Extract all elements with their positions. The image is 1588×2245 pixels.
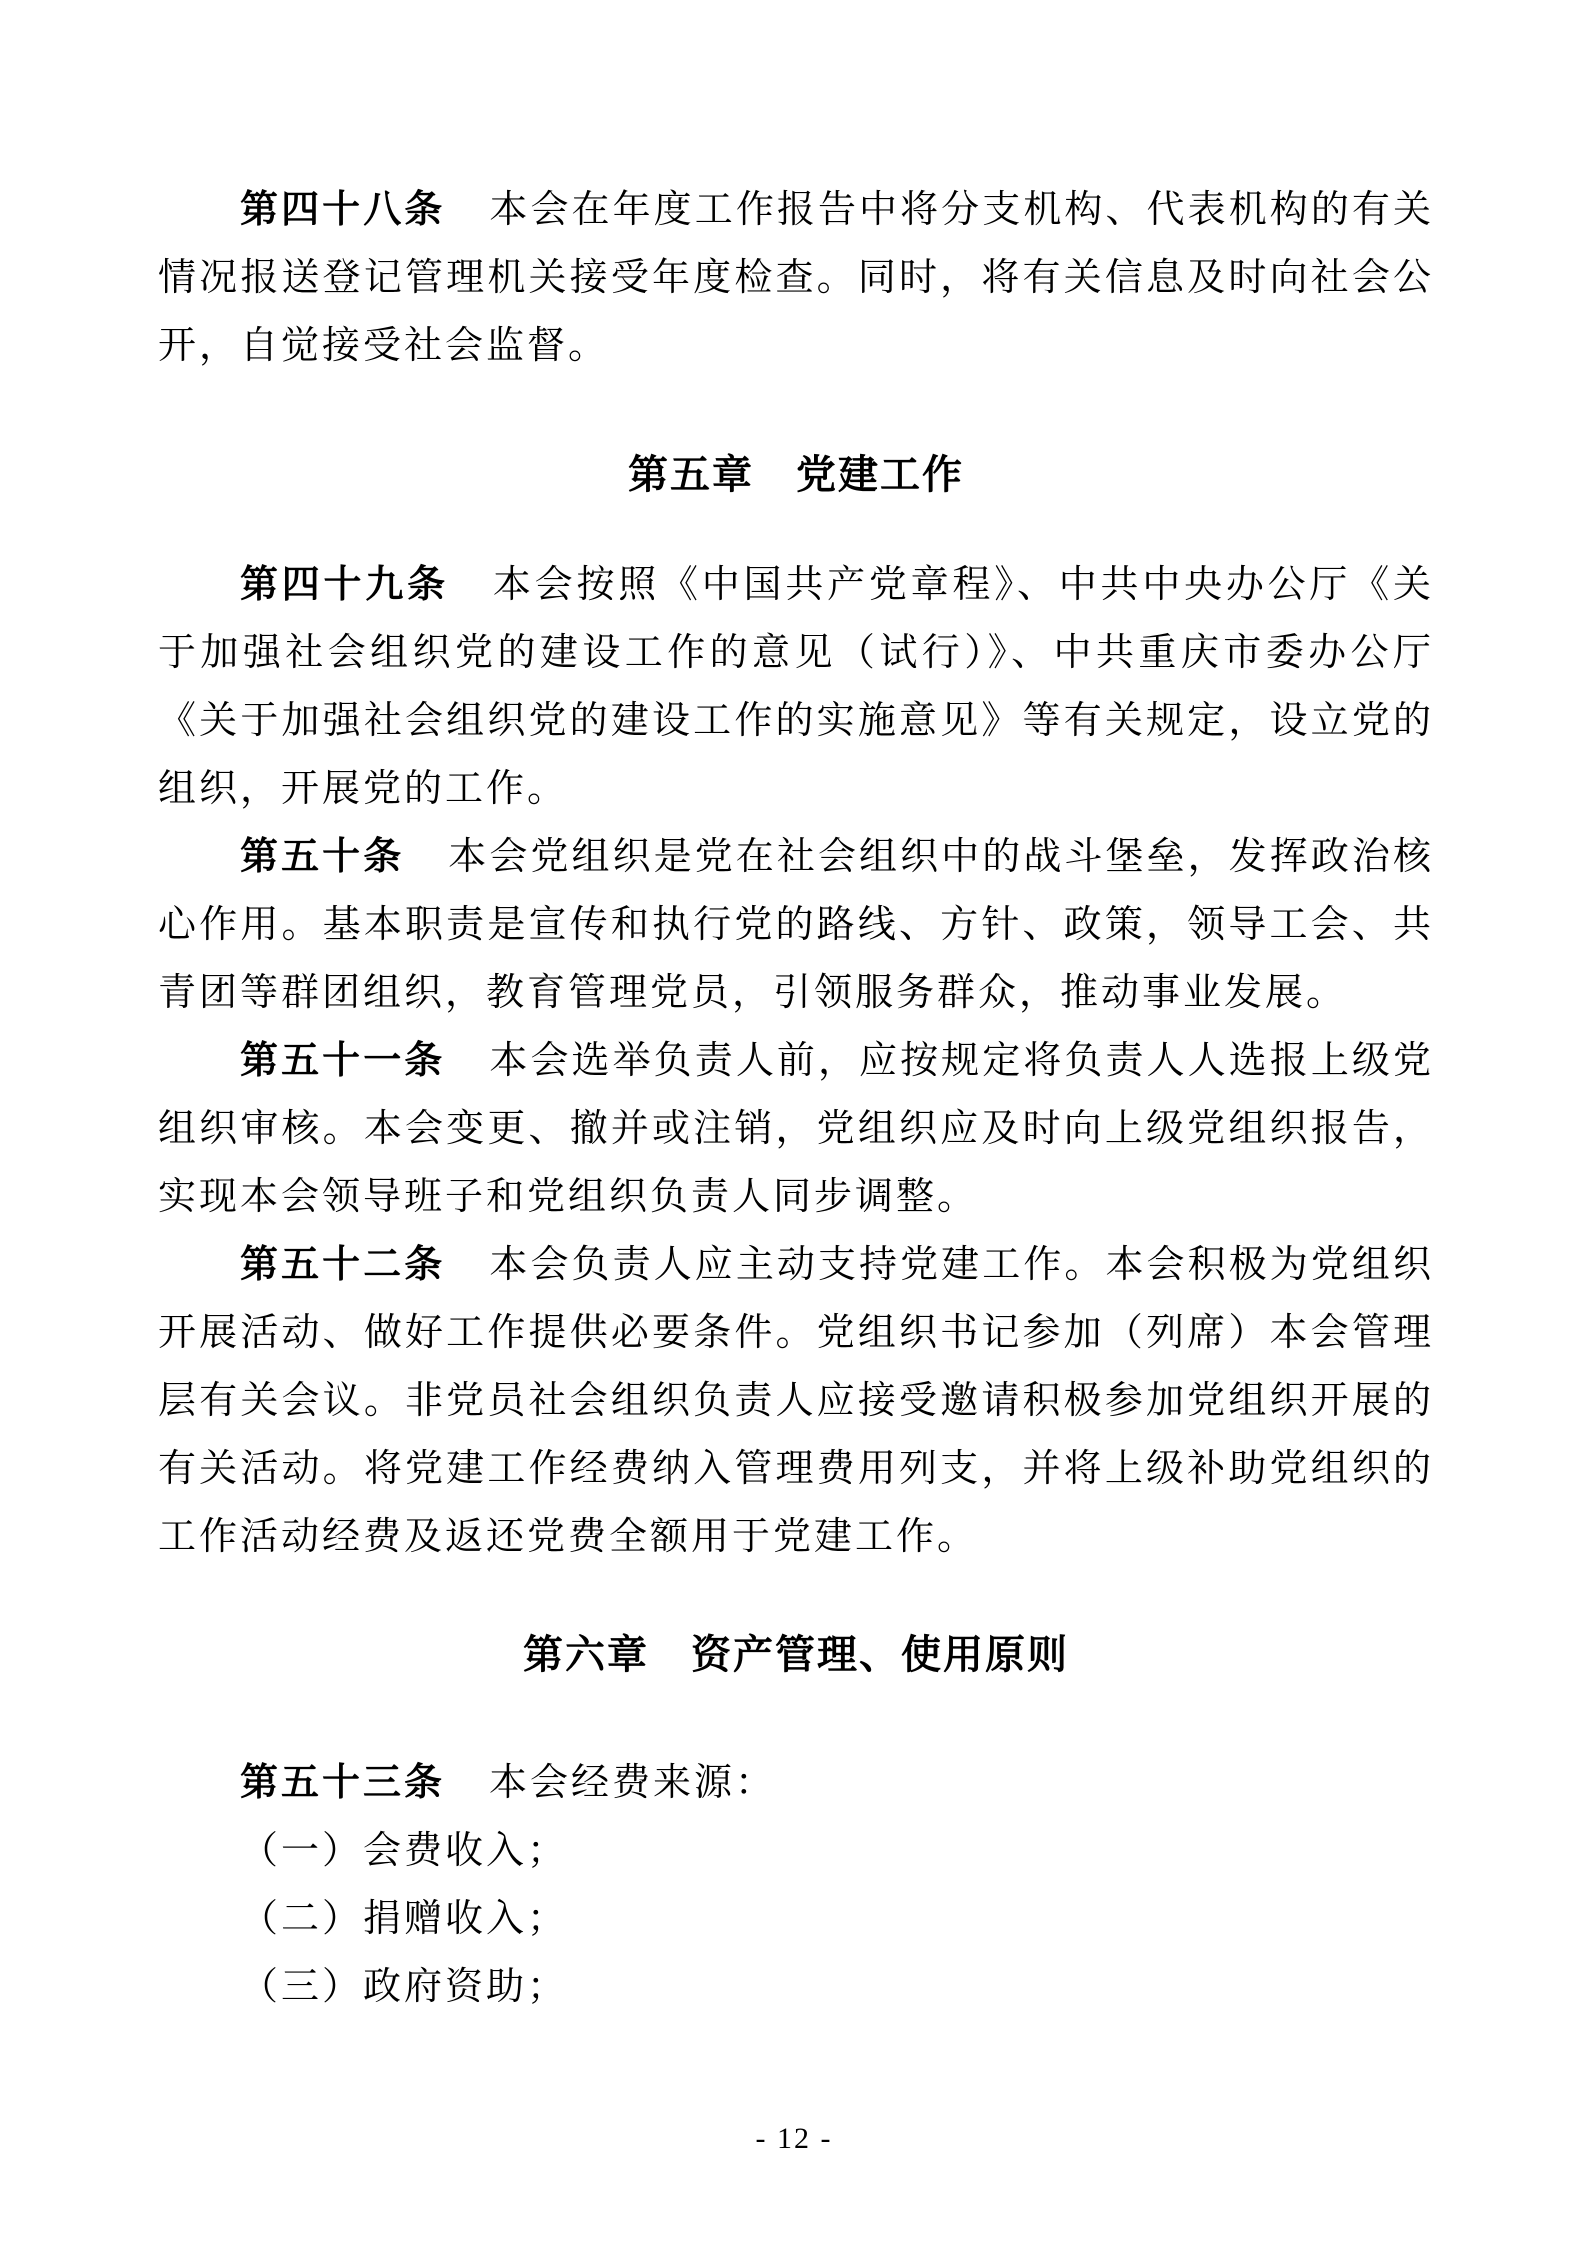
article-49-paragraph: 第四十九条本会按照《中国共产党章程》、中共中央办公厅《关于加强社会组织党的建设工…: [158, 551, 1434, 823]
page-number: - 12 -: [0, 2122, 1588, 2156]
article-48-paragraph: 第四十八条本会在年度工作报告中将分支机构、代表机构的有关情况报送登记管理机关接受…: [158, 176, 1434, 380]
article-53-text: 本会经费来源：: [489, 1762, 776, 1804]
article-52-paragraph: 第五十二条本会负责人应主动支持党建工作。本会积极为党组织开展活动、做好工作提供必…: [158, 1231, 1434, 1571]
article-51-number: 第五十一条: [240, 1040, 445, 1082]
funding-list-item-3: （三）政府资助；: [158, 1953, 1434, 2021]
article-53-paragraph: 第五十三条本会经费来源：: [158, 1749, 1434, 1817]
article-52-text: 本会负责人应主动支持党建工作。本会积极为党组织开展活动、做好工作提供必要条件。党…: [158, 1244, 1434, 1558]
article-52-number: 第五十二条: [240, 1244, 445, 1286]
chapter-6-heading: 第六章 资产管理、使用原则: [158, 1621, 1434, 1689]
funding-list-item-2: （二）捐赠收入；: [158, 1885, 1434, 1953]
article-53-number: 第五十三条: [240, 1762, 445, 1804]
article-51-paragraph: 第五十一条本会选举负责人前，应按规定将负责人人选报上级党组织审核。本会变更、撤并…: [158, 1027, 1434, 1231]
article-50-paragraph: 第五十条本会党组织是党在社会组织中的战斗堡垒，发挥政治核心作用。基本职责是宣传和…: [158, 823, 1434, 1027]
article-48-number: 第四十八条: [240, 189, 445, 231]
chapter-5-heading: 第五章 党建工作: [158, 441, 1434, 509]
article-49-number: 第四十九条: [240, 564, 449, 606]
document-page: 第四十八条本会在年度工作报告中将分支机构、代表机构的有关情况报送登记管理机关接受…: [0, 0, 1588, 2245]
article-50-number: 第五十条: [240, 836, 404, 878]
funding-list-item-1: （一）会费收入；: [158, 1817, 1434, 1885]
document-content: 第四十八条本会在年度工作报告中将分支机构、代表机构的有关情况报送登记管理机关接受…: [0, 0, 1588, 2021]
